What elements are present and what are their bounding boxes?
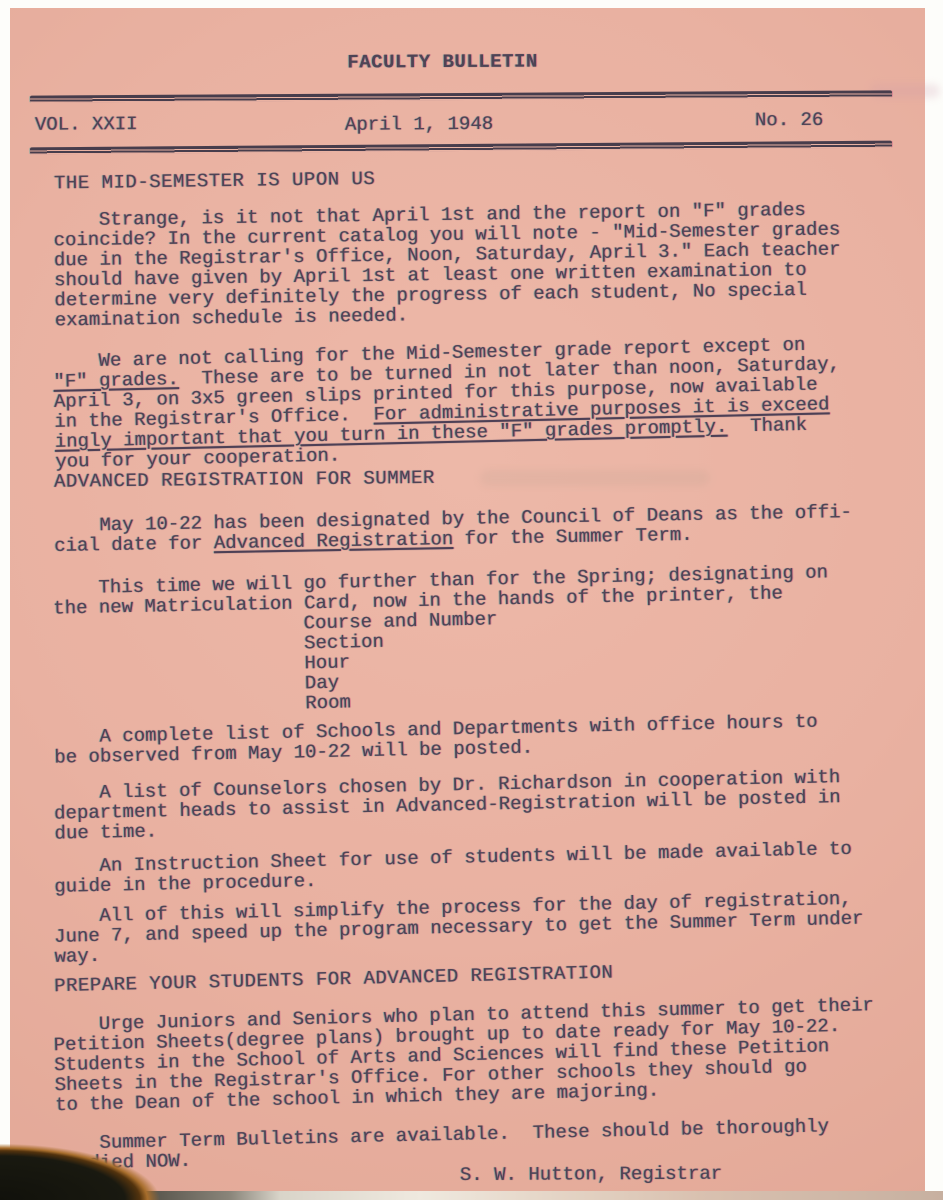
body-paragraph: Strange, is it not that April 1st and th… (53, 199, 902, 331)
body-paragraph: A complete list of Schools and Departmen… (54, 710, 902, 768)
issue-date: April 1, 1948 (345, 114, 493, 135)
paragraph-text: A complete list of Schools and Departmen… (54, 711, 818, 769)
double-rule-divider-top (30, 90, 892, 102)
bulletin-content: FACULTY BULLETIN VOL. XXII April 1, 1948… (10, 8, 925, 1183)
issue-line: VOL. XXII April 1, 1948 No. 26 (54, 109, 901, 136)
body-paragraph: All of this will simplify the process fo… (54, 888, 902, 967)
page-curl-shadow (0, 1115, 250, 1200)
pink-paper-sheet: FACULTY BULLETIN VOL. XXII April 1, 1948… (10, 8, 925, 1200)
paragraph-text: A list of Counselors chosen by Dr. Richa… (54, 766, 841, 844)
paragraph-text: Urge Juniors and Seniors who plan to att… (53, 994, 874, 1116)
body-paragraph: A list of Counselors chosen by Dr. Richa… (54, 766, 902, 844)
double-rule-divider-bottom (30, 141, 892, 155)
paragraph-text: for the Summer Term. (453, 524, 693, 550)
body-paragraph: We are not calling for the Mid-Semester … (53, 333, 903, 472)
underlined-text: Advanced Registration (214, 528, 454, 554)
matriculation-field-list: Course and Number Section Hour Day Room (303, 601, 902, 713)
section-heading-mid-semester: THE MID-SEMESTER IS UPON US (54, 162, 901, 194)
body-paragraph: May 10-22 has been designated by the Cou… (54, 501, 902, 556)
scanned-bulletin-page: FACULTY BULLETIN VOL. XXII April 1, 1948… (0, 0, 943, 1200)
volume-label: VOL. XXII (35, 114, 138, 135)
masthead-title: FACULTY BULLETIN (19, 6, 866, 74)
body-paragraph: Urge Juniors and Seniors who plan to att… (53, 995, 902, 1116)
paragraph-text: An Instruction Sheet for use of students… (54, 838, 852, 898)
body-paragraph: An Instruction Sheet for use of students… (54, 838, 902, 897)
paragraph-text: All of this will simplify the process fo… (53, 888, 863, 968)
issue-number: No. 26 (755, 110, 824, 130)
signature-line: S. W. Hutton, Registrar (460, 1163, 901, 1185)
paragraph-text: Strange, is it not that April 1st and th… (53, 199, 841, 331)
matriculation-card-block: This time we will go further than for th… (53, 561, 903, 719)
